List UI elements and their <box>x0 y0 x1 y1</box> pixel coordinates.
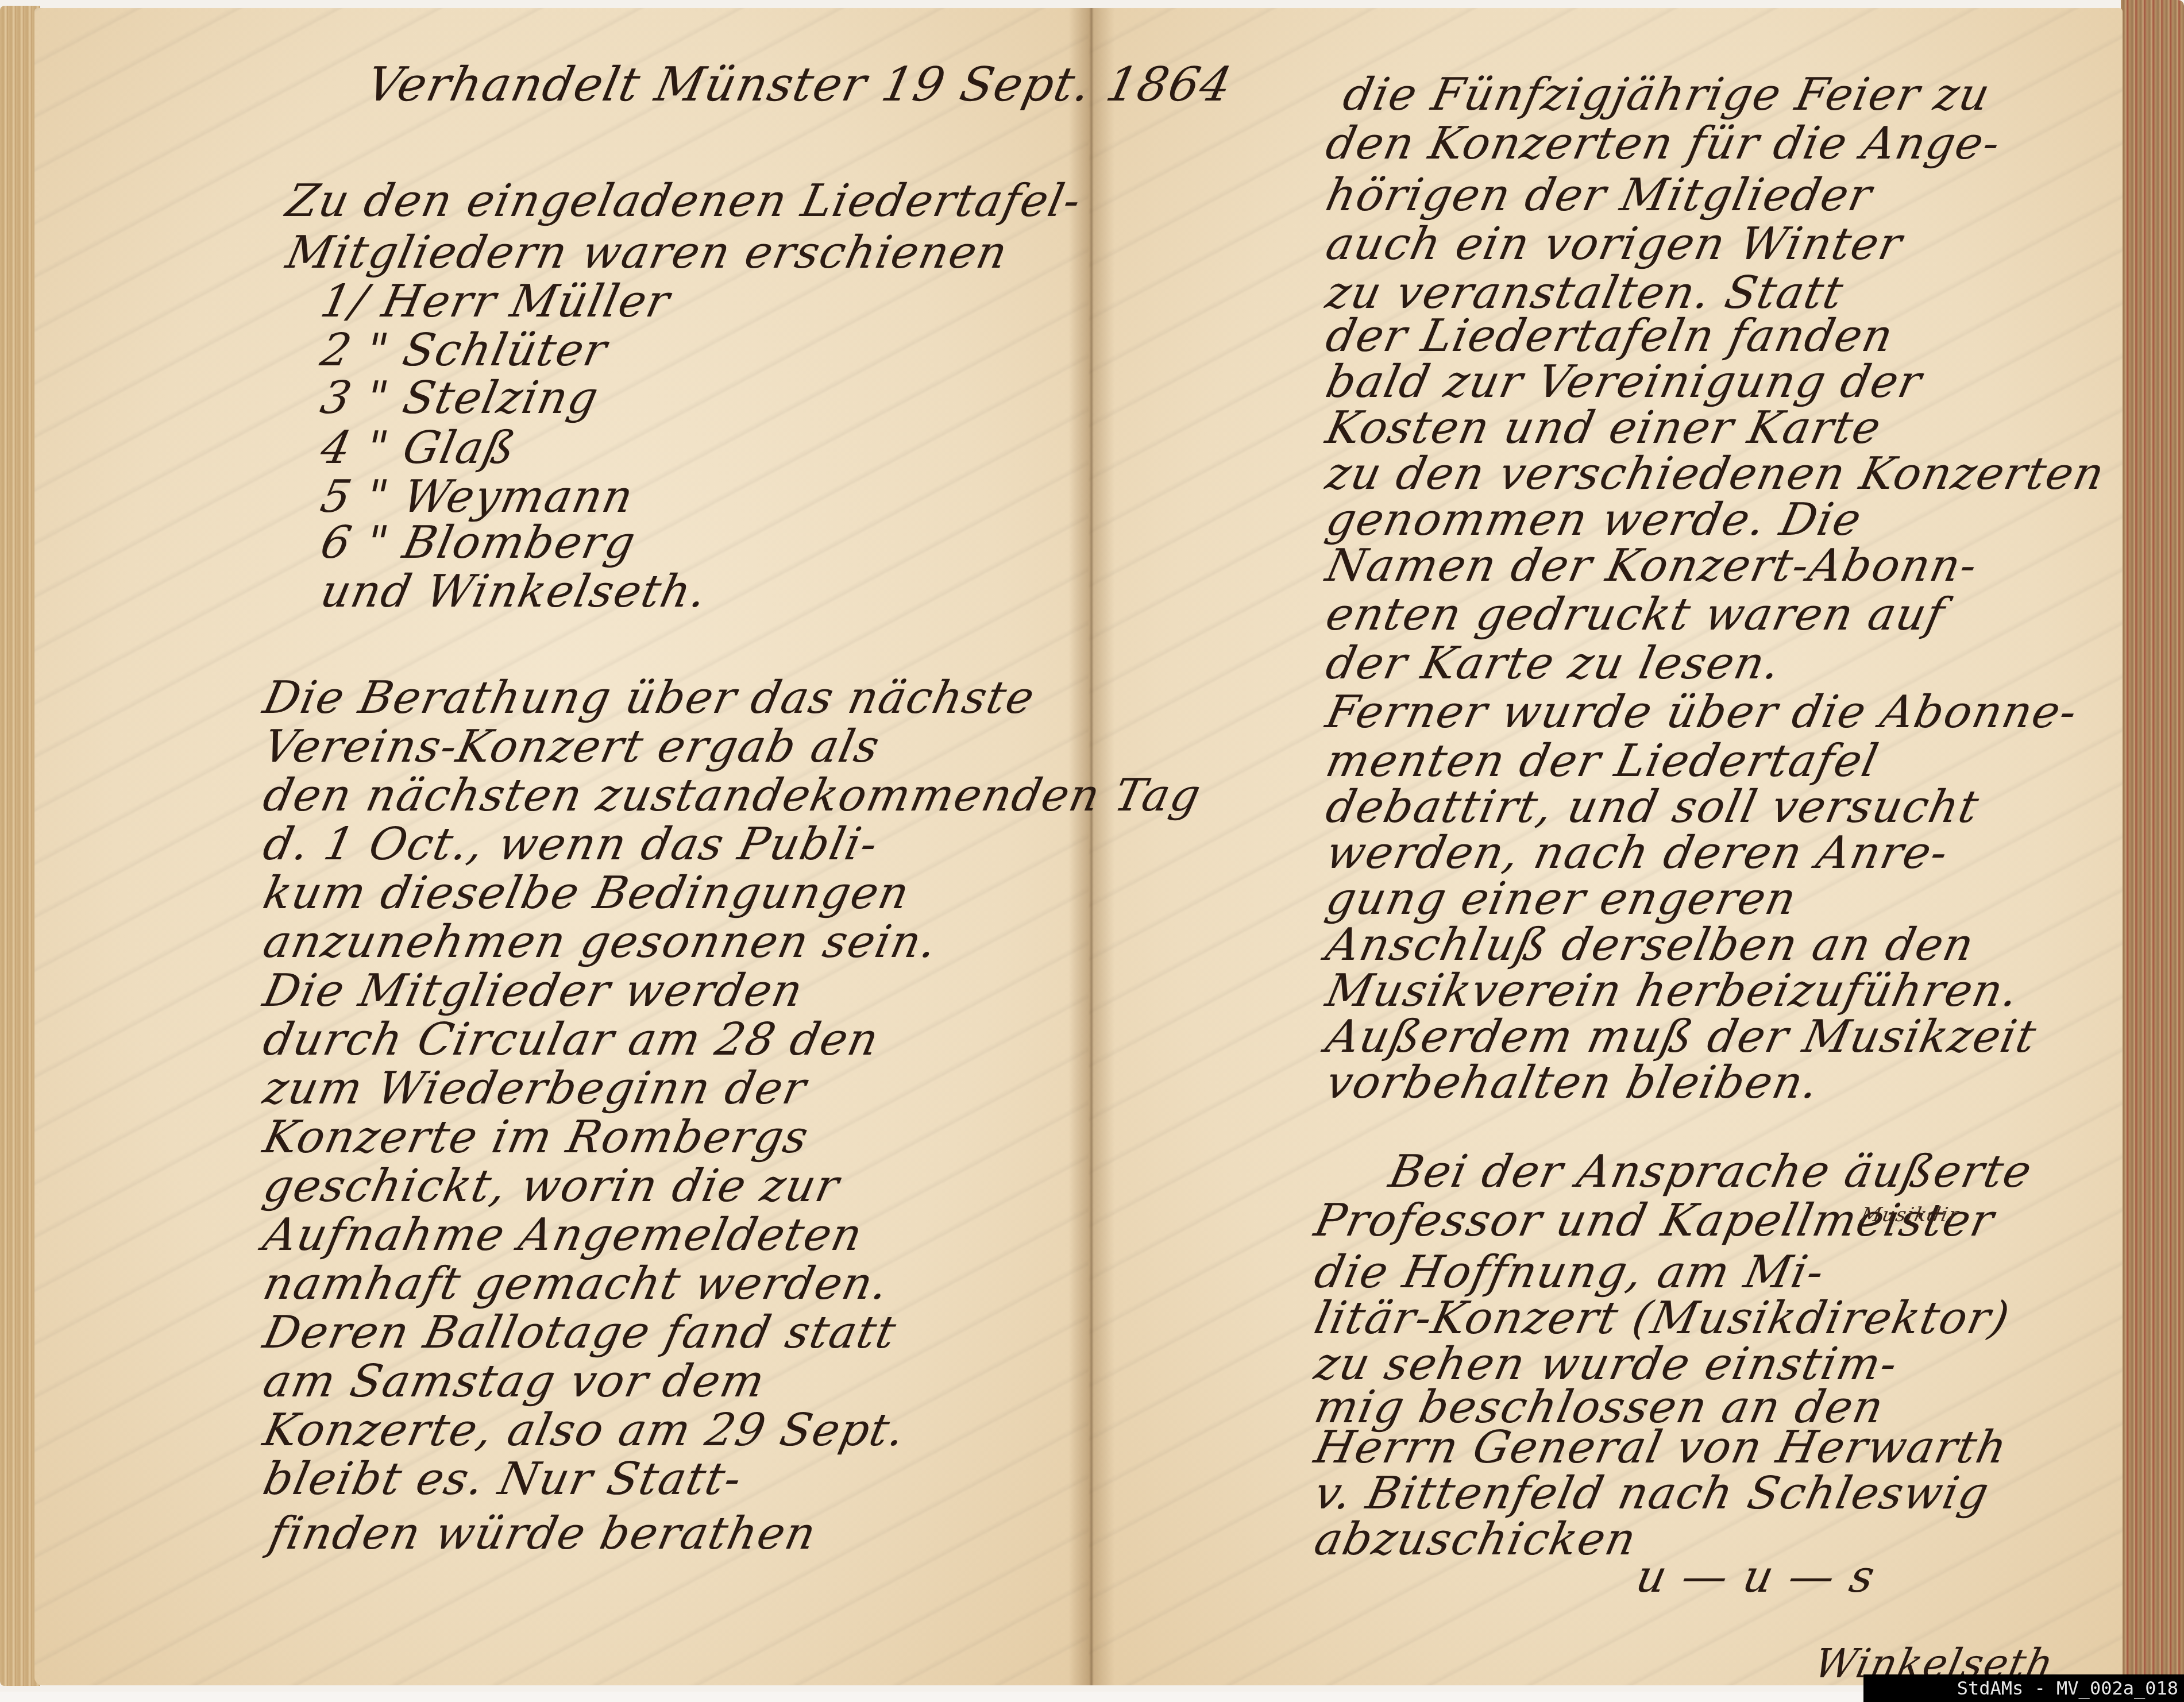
scan-background <box>0 1692 2184 1702</box>
book-gutter <box>1068 8 1114 1685</box>
archive-label: StdAMs - MV_002a_018 <box>1863 1674 2184 1702</box>
right-line: Bei der Ansprache äußerte <box>1384 1146 2037 1198</box>
right-line: gung einer engeren <box>1321 873 1801 925</box>
left-line: den nächsten zustandekommenden Tag <box>258 770 1206 821</box>
left-line: 3 " Stelzing <box>316 372 603 424</box>
right-line: v. Bittenfeld nach Schleswig <box>1310 1468 1994 1519</box>
left-line: Aufnahme Angemeldeten <box>258 1209 867 1261</box>
left-line: und Winkelseth. <box>316 566 712 617</box>
left-line: 4 " Glaß <box>316 422 520 474</box>
left-line: durch Circular am 28 den <box>258 1014 883 1066</box>
left-line: 1/ Herr Müller <box>316 276 675 327</box>
right-line: enten gedruckt waren auf <box>1321 589 1950 640</box>
right-page-edges <box>2121 0 2184 1689</box>
left-line: geschickt, worin die zur <box>258 1160 844 1212</box>
left-line: zum Wiederbeginn der <box>258 1063 811 1114</box>
left-line: Mitgliedern waren erschienen <box>281 227 1013 279</box>
right-line: Außerdem muß der Musikzeit <box>1321 1011 2041 1063</box>
right-line: menten der Liedertafel <box>1321 735 1883 787</box>
right-line: die Hoffnung, am Mi- <box>1310 1246 1829 1298</box>
right-line: werden, nach deren Anre- <box>1321 827 1953 879</box>
right-line: litär-Konzert (Musikdirektor) <box>1310 1292 2015 1344</box>
left-line: Konzerte, also am 29 Sept. <box>258 1404 910 1456</box>
left-line: Vereins-Konzert ergab als <box>258 721 885 773</box>
left-line: bleibt es. Nur Statt- <box>258 1453 747 1505</box>
right-line: Kosten und einer Karte <box>1321 402 1886 454</box>
right-line: genommen werde. Die <box>1321 494 1866 546</box>
right-line: zu den verschiedenen Konzerten <box>1321 448 2109 500</box>
left-line: Die Berathung über das nächste <box>258 672 1039 724</box>
left-line: Zu den eingeladenen Liedertafel- <box>281 175 1086 227</box>
right-line: Anschluß derselben an den <box>1321 919 1979 971</box>
open-book: Verhandelt Münster 19 Sept. 1864 Zu den … <box>0 0 2184 1702</box>
left-line: anzunehmen gesonnen sein. <box>258 916 942 968</box>
right-line: der Liedertafeln fanden <box>1321 310 1898 362</box>
left-line: d. 1 Oct., wenn das Publi- <box>258 819 883 870</box>
right-line: Herrn General von Herwarth <box>1310 1422 2012 1473</box>
right-line: bald zur Vereinigung der <box>1321 356 1927 408</box>
margin-note: Musikdir <box>1859 1203 1962 1226</box>
right-line: Namen der Konzert-Abonn- <box>1321 540 1982 592</box>
left-line: kum dieselbe Bedingungen <box>258 867 914 919</box>
right-line: u — u — s <box>1631 1551 1880 1603</box>
left-line: 2 " Schlüter <box>316 325 612 376</box>
left-page-heading: Verhandelt Münster 19 Sept. 1864 <box>362 57 1237 112</box>
right-line: auch ein vorigen Winter <box>1321 218 1907 270</box>
right-line: abzuschicken <box>1310 1514 1641 1565</box>
right-line: der Karte zu lesen. <box>1321 638 1785 689</box>
left-line: finden würde berathen <box>264 1508 821 1560</box>
right-line: vorbehalten bleiben. <box>1321 1057 1824 1109</box>
left-line: namhaft gemacht werden. <box>258 1258 894 1310</box>
right-line: hörigen der Mitglieder <box>1321 169 1877 221</box>
right-line: Ferner wurde über die Abonne- <box>1321 686 2082 738</box>
right-line: den Konzerten für die Ange- <box>1321 118 2005 169</box>
left-line: 6 " Blomberg <box>316 517 640 569</box>
left-line: Deren Ballotage fand statt <box>258 1307 901 1358</box>
right-line: Musikverein herbeizuführen. <box>1321 965 2024 1017</box>
left-line: 5 " Weymann <box>316 471 638 523</box>
left-line: am Samstag vor dem <box>258 1356 770 1407</box>
right-line: debattirt, und soll versucht <box>1321 781 1984 833</box>
left-line: Die Mitglieder werden <box>258 965 808 1017</box>
right-line: die Fünfzigjährige Feier zu <box>1338 69 1995 121</box>
left-line: Konzerte im Rombergs <box>258 1111 813 1163</box>
